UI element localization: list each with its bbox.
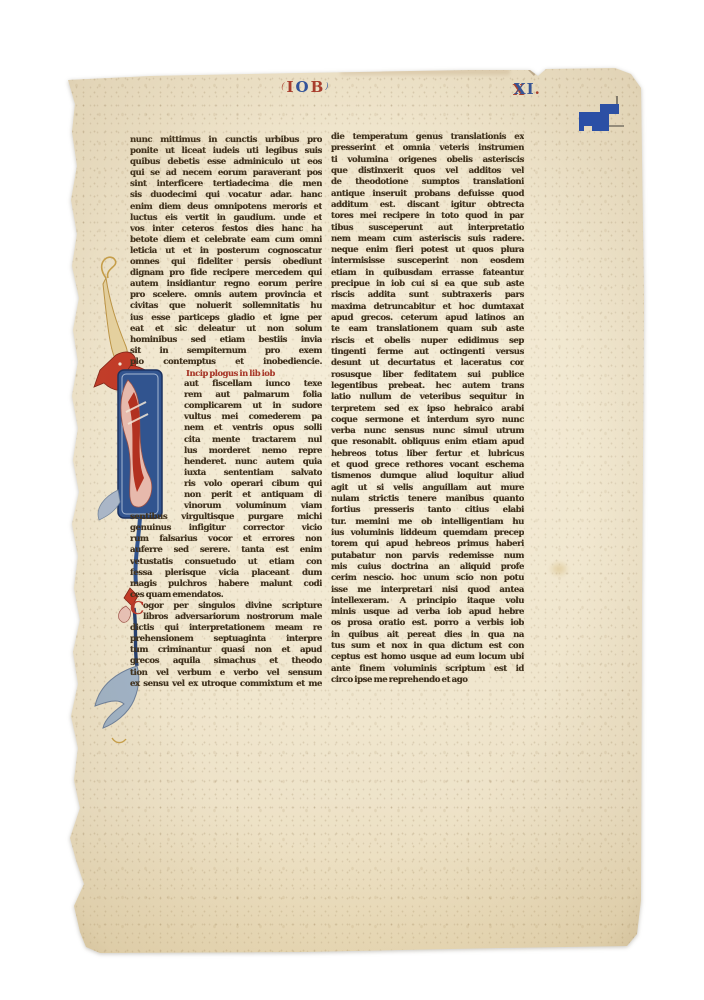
text-line: tus sum et nox in qua dictum est con: [331, 641, 524, 652]
text-line: ogor per singulos divine scripture: [130, 601, 322, 612]
text-line: rem aut palmarum folia: [130, 390, 322, 401]
text-line: magis pulchros habere malunt codi: [130, 579, 322, 590]
red-initial-c: C: [130, 599, 144, 619]
text-column-right: die temperatum genus translationis expre…: [331, 132, 524, 686]
gold-tendril-curl: [102, 257, 116, 278]
text-line: latio nullum de veteribus sequitur in: [331, 392, 524, 403]
text-line: leticia ut et in posterum cognoscatur: [130, 246, 322, 257]
text-line: prehensionem septuaginta interpre: [130, 634, 322, 645]
text-line: tion vel verbum e verbo vel sensum: [130, 668, 322, 679]
cogor-lines: dictis qui interpretationem meam reprehe…: [130, 623, 322, 690]
text-line: coque sermone et interdum syro nunc: [331, 415, 524, 426]
text-line: qui se ad necem eorum paraverant pos: [130, 168, 322, 179]
text-line: minis usque ad verba iob apud hebre: [331, 607, 524, 618]
text-line: genuinus infigitur corrector vicio: [130, 523, 322, 534]
prologue-wrapped-lines: aut fiscellam iunco texerem aut palmarum…: [130, 379, 322, 512]
text-line: de theodotione sumptos translationi: [331, 177, 524, 188]
text-line: ante finem voluminis scriptum est id: [331, 664, 524, 675]
text-line: sentibus virgultisque purgare michi: [130, 512, 322, 523]
text-line: tum criminantur quasi non et apud: [130, 645, 322, 656]
text-line: complicarem ut in sudore: [130, 401, 322, 412]
gold-ribbon: [103, 278, 127, 364]
text-line: vultus mei comederem pa: [130, 412, 322, 423]
text-line: etiam in quibusdam errasse fateantur: [331, 268, 524, 279]
text-line: non perit et antiquam di: [130, 490, 322, 501]
text-line: tibus susceperunt aut interpretatio: [331, 223, 524, 234]
text-line: omnes qui fideliter persis obediunt: [130, 257, 322, 268]
grey-feather: [98, 490, 120, 520]
text-line: ex sensu vel ex utroque commixtum et me: [130, 679, 322, 690]
header-letter-b: B: [311, 78, 325, 96]
header-letter-o: O: [296, 78, 310, 96]
text-line: hominibus sed etiam bestiis invia: [130, 335, 322, 346]
text-line: auferre sed serere. tanta est enim: [130, 545, 322, 556]
text-line: circo ipse me reprehendo et ago: [331, 675, 524, 686]
text-line: nem meam cum asteriscis suis radere.: [331, 234, 524, 245]
text-line: tismenos dumque aliud loquitur aliud: [331, 471, 524, 482]
header-flourish-right: ): [324, 82, 330, 93]
text-line: nulam strictis tenere manibus quanto: [331, 494, 524, 505]
text-line: ius esse particeps gladio et igne per: [130, 313, 322, 324]
parchment-stain: [548, 560, 570, 578]
text-line: presserint et omnia veteris instrumen: [331, 143, 524, 154]
text-line: que distinxerit quos vel additos vel: [331, 166, 524, 177]
text-line: isse me interpretari nisi quod antea: [331, 585, 524, 596]
text-line: cita mente tractarem nul: [130, 435, 322, 446]
text-line: pro scelere. omnis autem provincia et: [130, 290, 322, 301]
text-line: ceptus est homo usque ad eum locum ubi: [331, 652, 524, 663]
chapter-dot: .: [535, 80, 541, 98]
text-line: apud grecos. ceterum apud latinos an: [331, 313, 524, 324]
edge-tear-notch: [524, 66, 542, 76]
ink-showthrough-smudge: [340, 68, 510, 75]
chapter-letter-i: I: [527, 80, 535, 98]
text-line: intermisisse susceperint non eosdem: [331, 256, 524, 267]
text-line: libros adversariorum nostrorum male: [130, 612, 322, 623]
text-line: dictis qui interpretationem meam re: [130, 623, 322, 634]
text-line: nunc mittimus in cunctis urbibus pro: [130, 135, 322, 146]
tail-pink-curl: [119, 606, 131, 622]
cogor-paragraph: C ogor per singulos divine scripturelibr…: [130, 601, 322, 690]
text-line: legentibus prebeat. hec autem trans: [331, 381, 524, 392]
text-line: agit ut si velis anguillam aut mure: [331, 483, 524, 494]
text-line: enim diem deus omnipotens meroris et: [130, 202, 322, 213]
text-line: autem insidiantur regno eorum perire: [130, 279, 322, 290]
text-line: intellexeram. A principio itaque volu: [331, 596, 524, 607]
text-line: luctus eis vertit in gaudium. unde et: [130, 213, 322, 224]
text-line: riscis addita sunt subtraxeris pars: [331, 290, 524, 301]
text-line: mis cuius doctrina an aliquid profe: [331, 562, 524, 573]
gold-finial-curl: [112, 738, 126, 743]
text-line: sint interficere tertiadecima die men: [130, 179, 322, 190]
rubric-incipit-prologus: Incip plogus in lib iob: [130, 368, 322, 379]
text-line: betote diem et celebrate eam cum omni: [130, 235, 322, 246]
text-line: os prosa oratio est. porro a verbis iob: [331, 618, 524, 629]
text-line: neque enim fieri potest ut quos plura: [331, 245, 524, 256]
text-line: aut fiscellam iunco texe: [130, 379, 322, 390]
text-line: rosusque liber feditatem sui publice: [331, 370, 524, 381]
text-line: riscis et obelis nuper edidimus sep: [331, 336, 524, 347]
chapter-number: XI.: [514, 80, 541, 98]
text-line: civitas que noluerit sollemnitatis hu: [130, 301, 322, 312]
text-line: verba nunc sensus nunc simul utrum: [331, 426, 524, 437]
text-line: rum falsarius vocor et errores non: [130, 534, 322, 545]
parchment-stain-small: [261, 615, 271, 624]
text-line: eat et sic deleatur ut non solum: [130, 324, 322, 335]
text-line: antique inseruit probans defuisse quod: [331, 189, 524, 200]
text-line: te eam translationem quam sub aste: [331, 324, 524, 335]
cogor-indented-lines: ogor per singulos divine scripturelibros…: [130, 601, 322, 623]
manuscript-photo: ( I O B ) XI.: [0, 0, 704, 1000]
prologue-full-lines: sentibus virgultisque purgare michigenui…: [130, 512, 322, 601]
text-line: hebreos totus liber fertur et lubricus: [331, 449, 524, 460]
text-line: die temperatum genus translationis ex: [331, 132, 524, 143]
text-line: fessa plerisque vicia placeant dum: [130, 568, 322, 579]
text-line: quibus debetis esse adminiculo ut eos: [130, 157, 322, 168]
header-letter-i: I: [287, 78, 295, 96]
text-line: maxima detruncabitur et hoc dumtaxat: [331, 302, 524, 313]
text-line: vetustatis consuetudo ut etiam con: [130, 557, 322, 568]
text-line: sis duodecimi qui vocatur adar. hanc: [130, 190, 322, 201]
text-line: et quod grece rethores vocant eschema: [331, 460, 524, 471]
text-line: sit in sempiternum pro exem: [130, 346, 322, 357]
text-line: iuxta sententiam salvato: [130, 468, 322, 479]
text-line: henderet. nunc autem quia: [130, 457, 322, 468]
text-line: torem qui apud hebreos primus haberi: [331, 539, 524, 550]
text-line: desunt ut decurtatus et laceratus cor: [331, 358, 524, 369]
text-line: fortius presseris tanto citius elabi: [331, 505, 524, 516]
text-line: ces quam emendatos.: [130, 590, 322, 601]
text-column-left: nunc mittimus in cunctis urbibus proponi…: [130, 135, 322, 690]
text-line: ius voluminis liddeum quemdam precep: [331, 528, 524, 539]
text-line: dignam pro fide recipere mercedem qui: [130, 268, 322, 279]
text-line: precipue in iob cui si ea que sub aste: [331, 279, 524, 290]
text-line: ponite ut liceat iudeis uti legibus suis: [130, 146, 322, 157]
text-line: lus morderet nemo repre: [130, 446, 322, 457]
text-line: in quibus ait pereat dies in qua na: [331, 630, 524, 641]
text-line: plo contemptus et inobediencie.: [130, 357, 322, 368]
text-line: putabatur non parvis redemisse num: [331, 551, 524, 562]
text-line: tores mei recipere in toto quod in par: [331, 211, 524, 222]
text-line: cerim nescio. hoc unum scio non potu: [331, 573, 524, 584]
text-line: ti volumina origenes obelis asteriscis: [331, 155, 524, 166]
text-line: vinorum voluminum viam: [130, 501, 322, 512]
blue-stepped-mark-icon: [574, 94, 626, 144]
text-line: tingenti ferme aut octingenti versus: [331, 347, 524, 358]
text-line: terpretem sed ex ipso hebraico arabi: [331, 404, 524, 415]
text-line: ris volo operari cibum qui: [130, 479, 322, 490]
esther-ending-paragraph: nunc mittimus in cunctis urbibus proponi…: [130, 135, 322, 368]
text-line: vos inter ceteros festos dies hanc ha: [130, 224, 322, 235]
text-line: grecos aquila simachus et theodo: [130, 656, 322, 667]
dragon-eye: [118, 362, 121, 365]
running-header: ( I O B ): [281, 76, 330, 98]
text-line: que resonabit. obliquus enim etiam apud: [331, 437, 524, 448]
chapter-letter-x: X: [514, 80, 527, 98]
parchment-leaf: ( I O B ) XI.: [56, 60, 650, 960]
text-line: additum est. discant igitur obtrecta: [331, 200, 524, 211]
text-line: tur. memini me ob intelligentiam hu: [331, 517, 524, 528]
text-line: nem et ventris opus solli: [130, 423, 322, 434]
